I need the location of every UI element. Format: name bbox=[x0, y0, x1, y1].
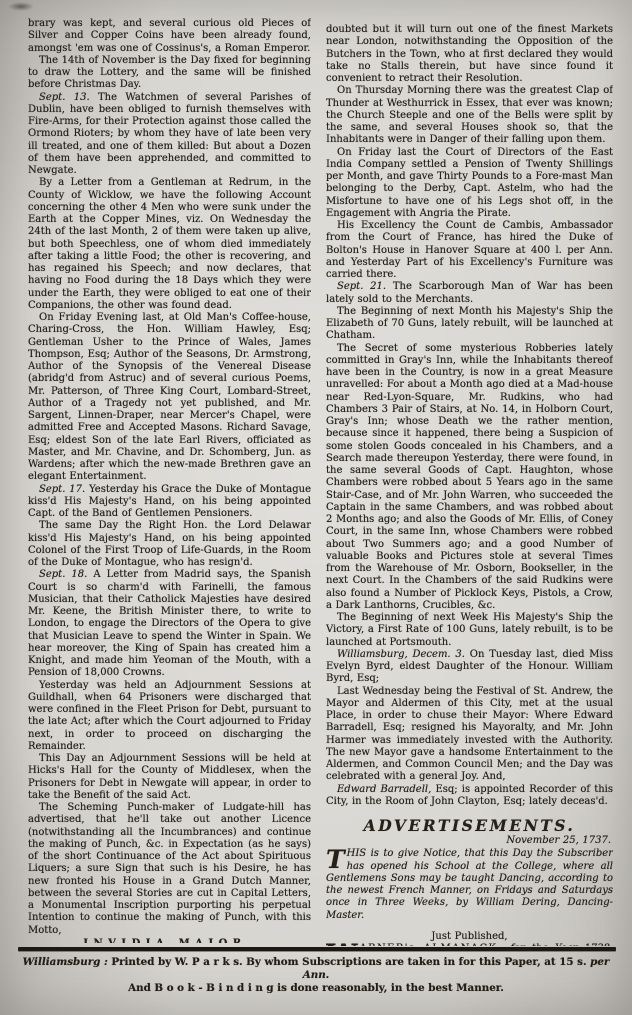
paragraph-text: A Letter from Madrid says, the Spanish C… bbox=[28, 569, 311, 678]
paragraph-text: The Secret of some mysterious Robberies … bbox=[326, 343, 613, 611]
paragraph: Edward Barradell, Esq; is appointed Reco… bbox=[326, 784, 613, 809]
imprint-line-2: And B o o k - B i n d i n g is done reas… bbox=[14, 982, 618, 995]
paragraph: This Day an Adjournment Sessions will be… bbox=[28, 753, 311, 802]
paragraph-lead: Sept. 21. bbox=[337, 281, 393, 292]
paragraph: brary was kept, and several curious old … bbox=[28, 18, 311, 55]
paragraph: Last Wednesday being the Festival of St.… bbox=[326, 686, 613, 784]
paragraph-text: This Day an Adjournment Sessions will be… bbox=[28, 753, 311, 801]
paragraph: His Excellency the Count de Cambis, Amba… bbox=[326, 220, 613, 281]
paragraph: WARNER's ALMANACK, for the Year 1738. Pr… bbox=[326, 943, 613, 946]
paragraph-text: The Scheming Punch-maker of Ludgate-hill… bbox=[28, 802, 311, 936]
paragraph-text: HIS is to give Notice, that this Day the… bbox=[326, 848, 613, 920]
paragraph: On Thursday Morning there was the greate… bbox=[326, 85, 613, 146]
paragraph-text: By a Letter from a Gentleman at Redrum, … bbox=[28, 177, 311, 311]
paragraph: The 14th of November is the Day fixed fo… bbox=[28, 55, 311, 92]
paragraph: Yesterday was held an Adjournment Sessio… bbox=[28, 680, 311, 754]
paragraph: Just Published, bbox=[326, 931, 613, 943]
imprint-printer: Printed by W. P a r k s. By whom Subscri… bbox=[108, 956, 590, 968]
paragraph: The same Day the Right Hon. the Lord Del… bbox=[28, 520, 311, 569]
footer-divider-rule bbox=[18, 947, 616, 951]
paragraph: The Beginning of next Week His Majesty's… bbox=[326, 612, 613, 649]
paragraph-text: On Friday Evening last, at Old Man's Cof… bbox=[28, 312, 311, 482]
paragraph-text: The same Day the Right Hon. the Lord Del… bbox=[28, 520, 311, 568]
paragraph-lead: Sept. 17. bbox=[39, 484, 89, 495]
left-column: brary was kept, and several curious old … bbox=[28, 18, 311, 943]
drop-cap: W bbox=[326, 943, 359, 946]
paragraph-text: The Watchmen of several Parishes of Dubl… bbox=[28, 92, 311, 177]
paragraph-text: Yesterday was held an Adjournment Sessio… bbox=[28, 680, 311, 752]
advertisements-heading: ADVERTISEMENTS. bbox=[326, 817, 613, 834]
paragraph-text: doubted but it will turn out one of the … bbox=[326, 24, 613, 84]
paragraph-text: On Friday last the Court of Directors of… bbox=[326, 147, 613, 219]
paragraph: doubted but it will turn out one of the … bbox=[326, 24, 613, 85]
paragraph-lead: Williamsburg, Decem. 3. bbox=[337, 649, 470, 660]
paragraph: Sept. 17. Yesterday his Grace the Duke o… bbox=[28, 484, 311, 521]
paragraph-text: Last Wednesday being the Festival of St.… bbox=[326, 686, 613, 783]
paragraph-text: The Beginning of next Week His Majesty's… bbox=[326, 612, 613, 648]
paragraph-text: The 14th of November is the Day fixed fo… bbox=[28, 55, 311, 91]
paragraph-lead: Sept. 18. bbox=[39, 569, 93, 580]
paragraph: Sept. 21. The Scarborough Man of War has… bbox=[326, 281, 613, 306]
paragraph: By a Letter from a Gentleman at Redrum, … bbox=[28, 177, 311, 312]
motto-heading: INVIDIA MAJOR. bbox=[28, 938, 311, 943]
paragraph-text: ADVERTISEMENTS. bbox=[364, 816, 576, 835]
paragraph-text: His Excellency the Count de Cambis, Amba… bbox=[326, 220, 613, 280]
newspaper-page: brary was kept, and several curious old … bbox=[0, 0, 632, 1015]
paragraph-text: Just Published, bbox=[431, 931, 507, 942]
right-column: doubted but it will turn out one of the … bbox=[326, 24, 613, 946]
imprint-city: Williamsburg : bbox=[23, 956, 108, 968]
ink-smudge bbox=[8, 2, 34, 11]
paragraph-lead: Sept. 13. bbox=[39, 92, 98, 103]
imprint-footer: Williamsburg : Printed by W. P a r k s. … bbox=[14, 956, 618, 995]
imprint-line-1: Williamsburg : Printed by W. P a r k s. … bbox=[14, 956, 618, 982]
paragraph: Williamsburg, Decem. 3. On Tuesday last,… bbox=[326, 649, 613, 686]
paragraph-lead: Edward Barradell, bbox=[337, 784, 435, 795]
paragraph: The Scheming Punch-maker of Ludgate-hill… bbox=[28, 802, 311, 937]
drop-cap: T bbox=[326, 848, 347, 871]
paragraph: The Beginning of next Month his Majesty'… bbox=[326, 306, 613, 343]
paragraph: On Friday last the Court of Directors of… bbox=[326, 147, 613, 221]
paragraph: On Friday Evening last, at Old Man's Cof… bbox=[28, 312, 311, 484]
paragraph-text: November 25, 1737. bbox=[506, 835, 611, 846]
paragraph-lead: ARNER's ALMANACK, bbox=[359, 943, 510, 946]
paragraph: Sept. 18. A Letter from Madrid says, the… bbox=[28, 569, 311, 679]
advertisement-date: November 25, 1737. bbox=[326, 835, 611, 847]
paragraph-text: brary was kept, and several curious old … bbox=[28, 18, 311, 54]
paragraph-text: On Thursday Morning there was the greate… bbox=[326, 85, 613, 145]
paragraph: THIS is to give Notice, that this Day th… bbox=[326, 848, 613, 922]
paragraph: Sept. 13. The Watchmen of several Parish… bbox=[28, 92, 311, 178]
paragraph-text: INVIDIA MAJOR. bbox=[83, 938, 255, 943]
paragraph: The Secret of some mysterious Robberies … bbox=[326, 343, 613, 613]
paragraph-text: The Beginning of next Month his Majesty'… bbox=[326, 306, 613, 342]
